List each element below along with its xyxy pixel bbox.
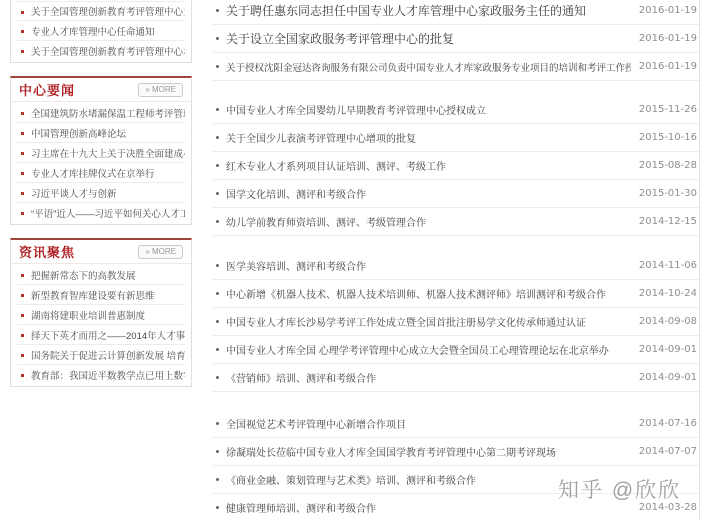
bullet-icon: [216, 348, 219, 351]
list-item: 教育部：我国近半数教学点已用上数字教: [17, 365, 185, 385]
bullet-icon: [21, 314, 24, 317]
center-news-header: 中心要闻 » MORE: [11, 78, 191, 102]
bullet-icon: [21, 152, 24, 155]
bullet-icon: [21, 334, 24, 337]
news-date: 2015-08-28: [639, 160, 697, 171]
bullet-icon: [21, 212, 24, 215]
bullet-icon: [21, 294, 24, 297]
bullet-icon: [216, 108, 219, 111]
news-date: 2015-01-30: [639, 188, 697, 199]
sidebar-link[interactable]: 全国建筑防水堵漏保温工程师考评管理中: [31, 106, 185, 120]
list-item: 新型教育智库建设要有新思维: [17, 285, 185, 305]
news-date: 2015-11-26: [639, 104, 697, 115]
news-row: 医学美容培训、测评和考级合作2014-11-06: [212, 252, 699, 280]
news-title[interactable]: 关于聘任惠东同志担任中国专业人才库管理中心家政服务主任的通知: [226, 2, 631, 19]
notice-list: 关于全国管理创新教育考评管理中心立项 专业人才库管理中心任命通知 关于全国管理创…: [11, 0, 191, 62]
news-title[interactable]: 关于设立全国家政服务考评管理中心的批复: [226, 30, 631, 47]
bullet-icon: [21, 274, 24, 277]
news-group: 医学美容培训、测评和考级合作2014-11-06 中心新增《机器人技术、机器人技…: [212, 252, 699, 392]
bullet-icon: [216, 422, 219, 425]
sidebar-link[interactable]: 国务院关于促进云计算创新发展 培育信息: [31, 348, 185, 362]
bullet-icon: [216, 264, 219, 267]
sidebar: 关于全国管理创新教育考评管理中心立项 专业人才库管理中心任命通知 关于全国管理创…: [10, 0, 192, 387]
sidebar-link[interactable]: 习近平谈人才与创新: [31, 186, 117, 200]
news-title[interactable]: 国学文化培训、测评和考级合作: [226, 186, 631, 201]
bullet-icon: [216, 478, 219, 481]
sidebar-link[interactable]: 择天下英才而用之——2014年人才事业发: [31, 328, 185, 342]
news-row: 全国视觉艺术考评管理中心新增合作项目2014-07-16: [212, 410, 699, 438]
list-item: 把握新常态下的高教发展: [17, 265, 185, 285]
sidebar-link[interactable]: 中国管理创新高峰论坛: [31, 126, 126, 140]
news-title[interactable]: 《营销师》培训、测评和考级合作: [226, 370, 631, 385]
news-date: 2014-12-15: [639, 216, 697, 227]
news-row: 徐凝瑞处长莅临中国专业人才库全国国学教育考评管理中心第二期考评现场2014-07…: [212, 438, 699, 466]
bullet-icon: [216, 320, 219, 323]
list-item: 专业人才库管理中心任命通知: [17, 21, 185, 41]
sidebar-link[interactable]: 新型教育智库建设要有新思维: [31, 288, 155, 302]
sidebar-link[interactable]: 把握新常态下的高教发展: [31, 268, 136, 282]
bullet-icon: [216, 65, 219, 68]
list-item: 国务院关于促进云计算创新发展 培育信息: [17, 345, 185, 365]
news-row: 中国专业人才库全国婴幼儿早期教育考评管理中心授权成立2015-11-26: [212, 96, 699, 124]
sidebar-notice-box: 关于全国管理创新教育考评管理中心立项 专业人才库管理中心任命通知 关于全国管理创…: [10, 0, 192, 63]
more-button[interactable]: » MORE: [138, 245, 183, 259]
news-title[interactable]: 徐凝瑞处长莅临中国专业人才库全国国学教育考评管理中心第二期考评现场: [226, 444, 631, 459]
news-date: 2016-01-19: [639, 33, 697, 44]
news-title[interactable]: 中国专业人才库全国婴幼儿早期教育考评管理中心授权成立: [226, 102, 631, 117]
bullet-icon: [216, 376, 219, 379]
bullet-icon: [216, 450, 219, 453]
list-item: 专业人才库挂牌仪式在京举行: [17, 163, 185, 183]
news-row: 关于授权沈阳金冠达咨询服务有限公司负责中国专业人才库家政服务专业项目的培训和考评…: [212, 53, 699, 81]
news-row: 国学文化培训、测评和考级合作2015-01-30: [212, 180, 699, 208]
bullet-icon: [21, 192, 24, 195]
news-date: 2014-07-16: [639, 418, 697, 429]
news-date: 2015-10-16: [639, 132, 697, 143]
list-item: 关于全国管理创新教育考评管理中心承办: [17, 41, 185, 61]
section-title: 资讯聚焦: [19, 242, 75, 261]
sidebar-link[interactable]: 专业人才库挂牌仪式在京举行: [31, 166, 155, 180]
news-date: 2014-09-01: [639, 372, 697, 383]
list-item: “平语”近人——习近平如何关心人才工作: [17, 203, 185, 223]
news-row: 关于聘任惠东同志担任中国专业人才库管理中心家政服务主任的通知2016-01-19: [212, 0, 699, 25]
list-item: 中国管理创新高峰论坛: [17, 123, 185, 143]
news-date: 2014-10-24: [639, 288, 697, 299]
news-date: 2014-07-07: [639, 446, 697, 457]
center-news-box: 中心要闻 » MORE 全国建筑防水堵漏保温工程师考评管理中 中国管理创新高峰论…: [10, 76, 192, 225]
bullet-icon: [216, 37, 219, 40]
news-row: 关于全国少儿表演考评管理中心增项的批复2015-10-16: [212, 124, 699, 152]
sidebar-link[interactable]: “平语”近人——习近平如何关心人才工作: [31, 206, 185, 220]
list-item: 习近平谈人才与创新: [17, 183, 185, 203]
zhihu-watermark: 知乎 @欣欣: [558, 474, 681, 504]
news-title[interactable]: 幼儿学前教育师资培训、测评、考级管理合作: [226, 214, 631, 229]
news-list: 关于聘任惠东同志担任中国专业人才库管理中心家政服务主任的通知2016-01-19…: [212, 0, 699, 521]
news-row: 幼儿学前教育师资培训、测评、考级管理合作2014-12-15: [212, 208, 699, 236]
bullet-icon: [216, 164, 219, 167]
section-title: 中心要闻: [19, 80, 75, 99]
news-row: 中心新增《机器人技术、机器人技术培训师、机器人技术测评师》培训测评和考级合作20…: [212, 280, 699, 308]
bullet-icon: [21, 172, 24, 175]
news-title[interactable]: 关于全国少儿表演考评管理中心增项的批复: [226, 130, 631, 145]
bullet-icon: [216, 220, 219, 223]
list-item: 关于全国管理创新教育考评管理中心立项: [17, 1, 185, 21]
bullet-icon: [216, 506, 219, 509]
news-date: 2016-01-19: [639, 5, 697, 16]
list-item: 择天下英才而用之——2014年人才事业发: [17, 325, 185, 345]
bullet-icon: [216, 136, 219, 139]
bullet-icon: [21, 11, 24, 14]
news-row: 《营销师》培训、测评和考级合作2014-09-01: [212, 364, 699, 392]
news-row: 关于设立全国家政服务考评管理中心的批复2016-01-19: [212, 25, 699, 53]
news-title[interactable]: 中心新增《机器人技术、机器人技术培训师、机器人技术测评师》培训测评和考级合作: [226, 286, 631, 301]
news-date: 2016-01-19: [639, 61, 697, 72]
sidebar-link[interactable]: 关于全国管理创新教育考评管理中心立项: [31, 4, 185, 18]
list-item: 全国建筑防水堵漏保温工程师考评管理中: [17, 103, 185, 123]
news-title[interactable]: 关于授权沈阳金冠达咨询服务有限公司负责中国专业人才库家政服务专业项目的培训和考评…: [226, 60, 631, 74]
info-focus-header: 资讯聚焦 » MORE: [11, 240, 191, 264]
more-button[interactable]: » MORE: [138, 83, 183, 97]
bullet-icon: [21, 30, 24, 33]
sidebar-link[interactable]: 教育部：我国近半数教学点已用上数字教: [31, 368, 185, 382]
sidebar-link[interactable]: 习主席在十九大上关于决胜全面建成小康: [31, 146, 185, 160]
news-date: 2014-11-06: [639, 260, 697, 271]
sidebar-link[interactable]: 湖南将建职业培训普惠制度: [31, 308, 145, 322]
list-item: 习主席在十九大上关于决胜全面建成小康: [17, 143, 185, 163]
news-title[interactable]: 全国视觉艺术考评管理中心新增合作项目: [226, 416, 631, 431]
news-title[interactable]: 中国专业人才库全国 心理学考评管理中心成立大会暨全国员工心理管理论坛在北京举办: [226, 342, 631, 357]
news-row: 红木专业人才系列项目认证培训、测评、考级工作2015-08-28: [212, 152, 699, 180]
bullet-icon: [21, 112, 24, 115]
news-row: 中国专业人才库长沙易学考评工作处成立暨全国首批注册易学文化传承师通过认证2014…: [212, 308, 699, 336]
bullet-icon: [216, 292, 219, 295]
news-title[interactable]: 中国专业人才库长沙易学考评工作处成立暨全国首批注册易学文化传承师通过认证: [226, 314, 631, 329]
bullet-icon: [21, 132, 24, 135]
content-right-border: [699, 0, 700, 521]
bullet-icon: [216, 192, 219, 195]
news-group: 全国视觉艺术考评管理中心新增合作项目2014-07-16 徐凝瑞处长莅临中国专业…: [212, 410, 699, 521]
news-title[interactable]: 红木专业人才系列项目认证培训、测评、考级工作: [226, 158, 631, 173]
news-group: 中国专业人才库全国婴幼儿早期教育考评管理中心授权成立2015-11-26 关于全…: [212, 96, 699, 236]
news-group: 关于聘任惠东同志担任中国专业人才库管理中心家政服务主任的通知2016-01-19…: [212, 0, 699, 81]
info-focus-box: 资讯聚焦 » MORE 把握新常态下的高教发展 新型教育智库建设要有新思维 湖南…: [10, 238, 192, 387]
page: 关于全国管理创新教育考评管理中心立项 专业人才库管理中心任命通知 关于全国管理创…: [0, 0, 720, 521]
bullet-icon: [21, 50, 24, 53]
bullet-icon: [216, 9, 219, 12]
center-news-list: 全国建筑防水堵漏保温工程师考评管理中 中国管理创新高峰论坛 习主席在十九大上关于…: [11, 102, 191, 224]
sidebar-link[interactable]: 专业人才库管理中心任命通知: [31, 24, 155, 38]
bullet-icon: [21, 374, 24, 377]
news-row: 中国专业人才库全国 心理学考评管理中心成立大会暨全国员工心理管理论坛在北京举办2…: [212, 336, 699, 364]
bullet-icon: [21, 354, 24, 357]
list-item: 湖南将建职业培训普惠制度: [17, 305, 185, 325]
news-date: 2014-09-01: [639, 344, 697, 355]
news-date: 2014-09-08: [639, 316, 697, 327]
news-title[interactable]: 医学美容培训、测评和考级合作: [226, 258, 631, 273]
info-focus-list: 把握新常态下的高教发展 新型教育智库建设要有新思维 湖南将建职业培训普惠制度 择…: [11, 264, 191, 386]
sidebar-link[interactable]: 关于全国管理创新教育考评管理中心承办: [31, 44, 185, 58]
